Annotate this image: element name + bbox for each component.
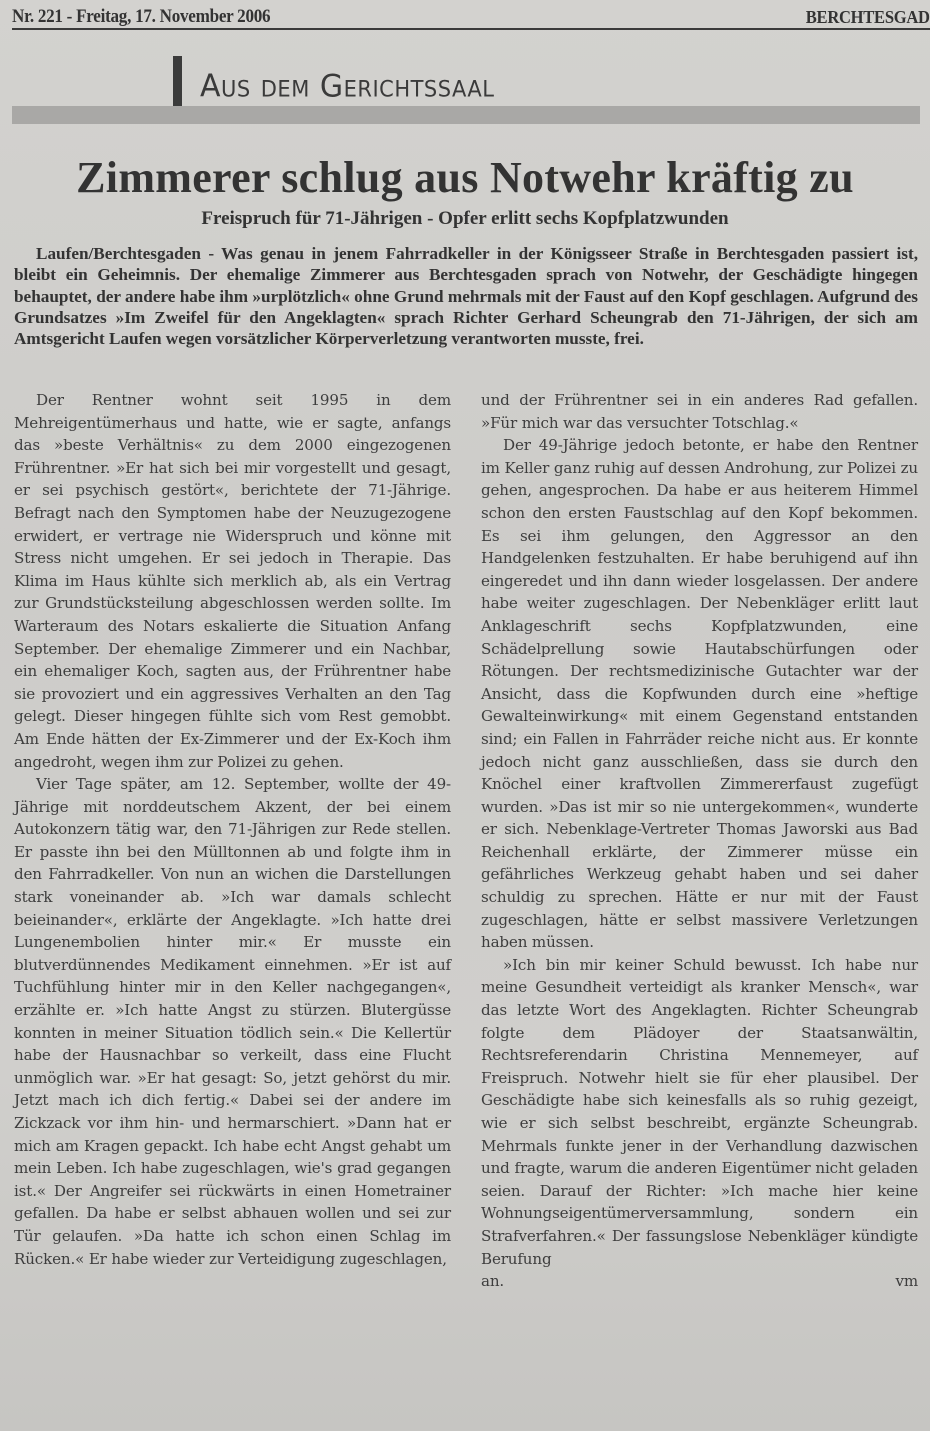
section-bar-marker bbox=[173, 56, 182, 106]
article-lead: Laufen/Berchtesgaden - Was genau in jene… bbox=[14, 243, 918, 349]
paragraph: und der Frührentner sei in ein anderes R… bbox=[481, 389, 918, 434]
paragraph: Der 49-Jährige jedoch betonte, er habe d… bbox=[481, 434, 918, 954]
issue-line: Nr. 221 - Freitag, 17. November 2006 bbox=[12, 6, 270, 28]
section-band bbox=[12, 106, 920, 124]
author-initials: vm bbox=[895, 1270, 918, 1293]
article-headline: Zimmerer schlug aus Notwehr kräftig zu bbox=[0, 152, 930, 203]
masthead-rule bbox=[12, 28, 930, 30]
section-header: Aus dem Gerichtssaal bbox=[173, 56, 495, 106]
paragraph: »Ich bin mir keiner Schuld bewusst. Ich … bbox=[481, 954, 918, 1270]
section-title: Aus dem Gerichtssaal bbox=[200, 67, 495, 107]
newspaper-page: Nr. 221 - Freitag, 17. November 2006 BER… bbox=[0, 0, 930, 1431]
article-column-left: Der Rentner wohnt seit 1995 in dem Mehre… bbox=[14, 389, 451, 1270]
paragraph: Vier Tage später, am 12. September, woll… bbox=[14, 773, 451, 1270]
signoff-line: an. vm bbox=[481, 1270, 918, 1293]
article-column-right: und der Frührentner sei in ein anderes R… bbox=[481, 389, 918, 1293]
newspaper-name: BERCHTESGAD bbox=[806, 7, 930, 28]
masthead: Nr. 221 - Freitag, 17. November 2006 BER… bbox=[12, 6, 930, 28]
final-word: an. bbox=[481, 1270, 504, 1293]
paragraph: Der Rentner wohnt seit 1995 in dem Mehre… bbox=[14, 389, 451, 773]
article-subheadline: Freispruch für 71-Jährigen - Opfer erlit… bbox=[0, 208, 930, 230]
